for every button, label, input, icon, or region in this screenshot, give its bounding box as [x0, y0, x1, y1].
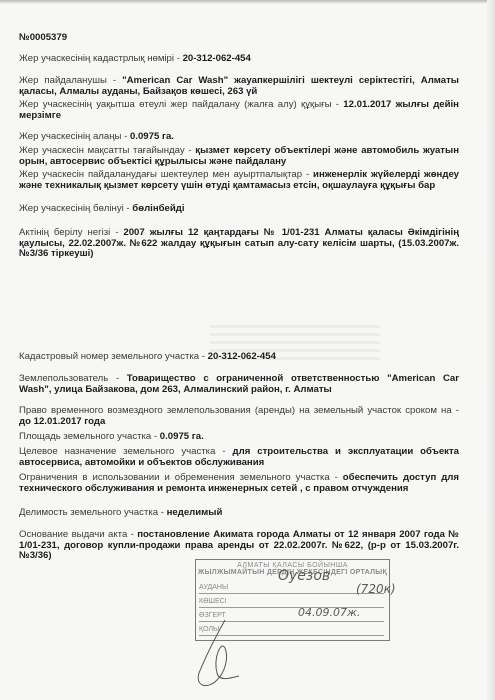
- field-label: Жер учаскесін пайдаланудағы шектеулер ме…: [19, 169, 313, 180]
- field-value: 0.0975 га.: [130, 131, 174, 142]
- handwritten-number: (720к): [356, 582, 396, 596]
- ru-cadastral-number: Кадастровый номер земельного участка - 2…: [19, 352, 459, 363]
- ru-divisibility: Делимость земельного участка - неделимый: [19, 508, 459, 519]
- ru-area: Площадь земельного участка - 0.0975 га.: [19, 432, 459, 443]
- kz-restrictions: Жер учаскесін пайдаланудағы шектеулер ме…: [19, 170, 459, 191]
- field-label: Целевое назначение земельного участка -: [19, 446, 233, 457]
- field-label: Землепользователь -: [19, 373, 127, 384]
- field-label: Актінің берілу негізі -: [19, 227, 123, 238]
- field-label: Жер учаскесінің кадастрлық нөмірі -: [19, 53, 183, 64]
- scan-top-edge: [0, 0, 495, 4]
- field-value: до 12.01.2017 года: [19, 416, 105, 427]
- kz-land-user: Жер пайдаланушы - "American Car Wash" жа…: [19, 76, 459, 97]
- ru-purpose: Целевое назначение земельного участка - …: [19, 447, 459, 468]
- field-label: Жер учаскесінің алаңы -: [19, 131, 130, 142]
- kz-basis: Актінің берілу негізі - 2007 жылғы 12 қа…: [19, 228, 459, 260]
- field-value: 20-312-062-454: [183, 53, 251, 64]
- field-value: бөлінбейді: [132, 203, 184, 214]
- handwritten-name: Оуезов: [278, 568, 330, 584]
- field-label: Основание выдачи акта -: [19, 529, 137, 540]
- signature-icon: [195, 618, 245, 693]
- ru-basis: Основание выдачи акта - постановление Ак…: [19, 530, 459, 562]
- ru-restrictions: Ограничения в использовании и обременени…: [19, 473, 459, 494]
- kz-cadastral-number: Жер учаскесінің кадастрлық нөмірі - 20-3…: [19, 54, 459, 65]
- kz-divisibility: Жер учаскесінің бөлінуі - бөлінбейді: [19, 204, 459, 215]
- scan-right-edge: [487, 0, 495, 700]
- field-label: Площадь земельного участка -: [19, 431, 160, 442]
- field-label: Жер пайдаланушы -: [19, 75, 122, 86]
- kz-lease-right: Жер учаскесінің уақытша өтеулі жер пайда…: [19, 100, 459, 121]
- stamp-field-label: КӨШЕСІ: [199, 598, 227, 605]
- field-label: Право временного возмездного землепользо…: [19, 405, 459, 416]
- kz-area: Жер учаскесінің алаңы - 0.0975 га.: [19, 132, 459, 143]
- kz-purpose: Жер учаскесін мақсатты тағайындау - қызм…: [19, 146, 459, 167]
- document-number: №0005379: [19, 32, 67, 43]
- field-label: Кадастровый номер земельного участка -: [19, 351, 208, 362]
- handwritten-date: 04.09.07ж.: [298, 606, 360, 619]
- field-label: Ограничения в использовании и обременени…: [19, 472, 343, 483]
- stamp-field-label: АУДАНЫ: [199, 584, 228, 591]
- field-label: Делимость земельного участка -: [19, 507, 167, 518]
- field-value: неделимый: [167, 507, 223, 518]
- field-label: Жер учаскесінің бөлінуі -: [19, 203, 132, 214]
- field-value: 0.0975 га.: [160, 431, 204, 442]
- field-label: Жер учаскесін мақсатты тағайындау -: [19, 145, 195, 156]
- ru-lease-right: Право временного возмездного землепользо…: [19, 406, 459, 427]
- ru-land-user: Землепользователь - Товарищество с огран…: [19, 374, 459, 395]
- field-label: Жер учаскесінің уақытша өтеулі жер пайда…: [19, 99, 343, 110]
- field-value: 20-312-062-454: [208, 351, 276, 362]
